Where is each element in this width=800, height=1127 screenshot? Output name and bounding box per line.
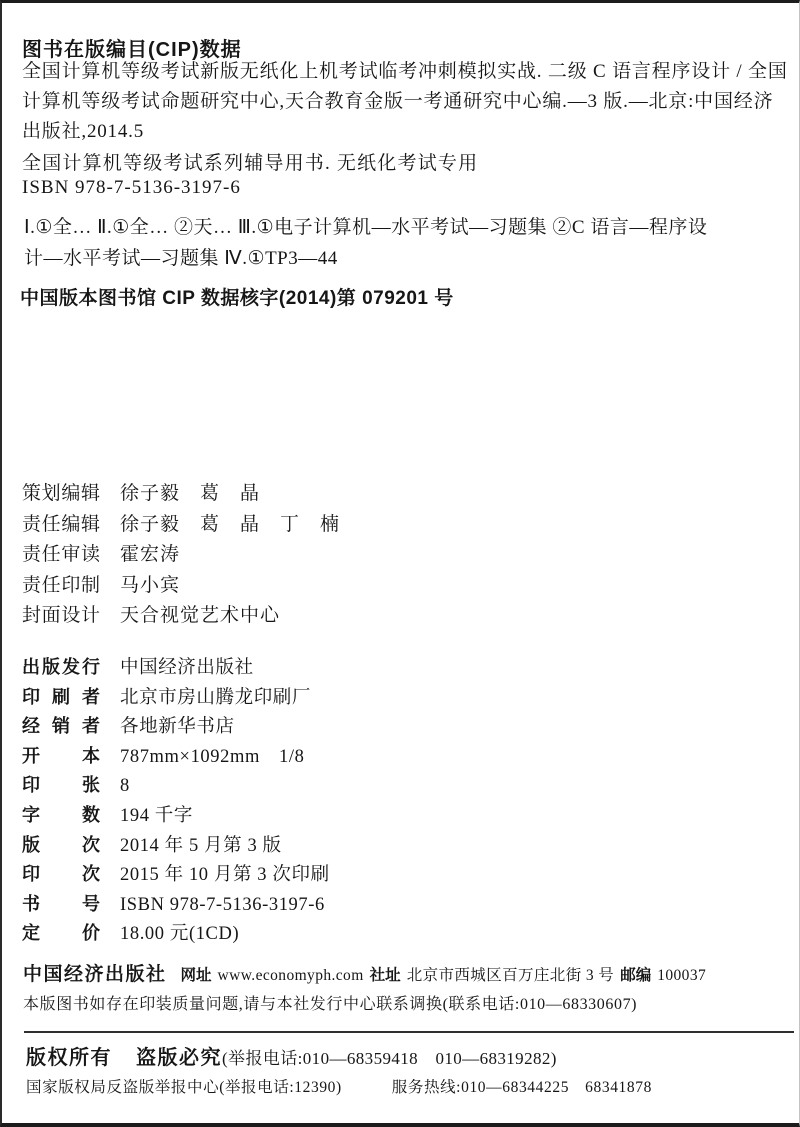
publication-row: 经销者各地新华书店 bbox=[22, 712, 330, 742]
publication-row: 字数194 千字 bbox=[22, 801, 330, 831]
report-phones-text: (举报电话:010—68359418 010—68319282) bbox=[222, 1049, 557, 1068]
publication-row-label: 定价 bbox=[22, 919, 100, 945]
editorial-row-value: 霍宏涛 bbox=[120, 544, 180, 565]
publication-row-label: 经销者 bbox=[22, 712, 100, 738]
editorial-row-value: 徐子毅 葛 晶 bbox=[120, 483, 260, 504]
report-center-text: 国家版权局反盗版举报中心(举报电话:12390) bbox=[26, 1079, 342, 1096]
publication-row-label: 书号 bbox=[22, 890, 100, 916]
postcode-value: 100037 bbox=[657, 967, 706, 984]
copyright-statement-line: 版权所有盗版必究(举报电话:010—68359418 010—68319282) bbox=[26, 1041, 557, 1070]
publication-row-value: 787mm×1092mm 1/8 bbox=[120, 747, 304, 767]
cip-description-line: 全国计算机等级考试新版无纸化上机考试临考冲刺模拟实战. 二级 C 语言程序设计 … bbox=[22, 57, 796, 87]
editorial-row-label: 责任编辑 bbox=[22, 510, 100, 541]
publisher-name: 中国经济出版社 bbox=[23, 964, 167, 985]
publication-row: 印张8 bbox=[22, 771, 330, 801]
publication-row: 定价18.00 元(1CD) bbox=[22, 919, 330, 949]
publication-row: 印刷者北京市房山腾龙印刷厂 bbox=[22, 683, 330, 713]
report-center-line: 国家版权局反盗版举报中心(举报电话:12390)服务热线:010—6834422… bbox=[26, 1075, 652, 1097]
editorial-row-value: 徐子毅 葛 晶 丁 楠 bbox=[120, 514, 340, 535]
publisher-footer-line: 中国经济出版社网址www.economyph.com社址北京市西城区百万庄北街 … bbox=[23, 959, 706, 986]
classification-line: 计—水平考试—习题集 Ⅳ.①TP3—44 bbox=[24, 243, 798, 274]
piracy-prosecuted-text: 盗版必究 bbox=[136, 1047, 222, 1069]
publication-row-label: 出版发行 bbox=[22, 653, 100, 679]
publication-row-value: 194 千字 bbox=[120, 806, 193, 826]
divider-rule bbox=[24, 1031, 794, 1033]
editorial-row-label: 策划编辑 bbox=[22, 479, 100, 510]
editorial-row-label: 责任印制 bbox=[22, 571, 100, 602]
quality-notice-line: 本版图书如存在印装质量问题,请与本社发行中心联系调换(联系电话:010—6833… bbox=[23, 991, 637, 1014]
cip-record-number: 中国版本图书馆 CIP 数据核字(2014)第 079201 号 bbox=[20, 283, 454, 310]
cip-classification: Ⅰ.①全… Ⅱ.①全… ②天… Ⅲ.①电子计算机—水平考试—习题集 ②C 语言—… bbox=[24, 212, 798, 274]
classification-line: Ⅰ.①全… Ⅱ.①全… ②天… Ⅲ.①电子计算机—水平考试—习题集 ②C 语言—… bbox=[24, 212, 798, 243]
publication-row-value: 各地新华书店 bbox=[120, 717, 235, 737]
publication-row-label: 印张 bbox=[22, 771, 100, 797]
publication-row: 开本787mm×1092mm 1/8 bbox=[22, 742, 330, 772]
editorial-row: 责任编辑徐子毅 葛 晶 丁 楠 bbox=[22, 510, 340, 541]
publisher-address: 北京市西城区百万庄北街 3 号 bbox=[407, 967, 615, 984]
rights-reserved-text: 版权所有 bbox=[26, 1047, 112, 1069]
publication-row-value: 2015 年 10 月第 3 次印刷 bbox=[120, 865, 330, 885]
publication-row-value: ISBN 978-7-5136-3197-6 bbox=[120, 895, 325, 915]
publication-row-value: 北京市房山腾龙印刷厂 bbox=[120, 688, 311, 708]
publication-row-value: 中国经济出版社 bbox=[120, 658, 254, 678]
website-url: www.economyph.com bbox=[218, 967, 364, 984]
service-hotline-text: 服务热线:010—68344225 68341878 bbox=[392, 1079, 652, 1096]
publication-row-label: 开本 bbox=[22, 742, 100, 768]
website-label: 网址 bbox=[181, 967, 212, 984]
publication-row: 出版发行中国经济出版社 bbox=[22, 653, 330, 683]
publication-info-block: 出版发行中国经济出版社 印刷者北京市房山腾龙印刷厂 经销者各地新华书店 开本78… bbox=[22, 653, 330, 949]
editorial-row-label: 责任审读 bbox=[22, 540, 100, 571]
postcode-label: 邮编 bbox=[620, 967, 651, 984]
book-copyright-page: 图书在版编目(CIP)数据 全国计算机等级考试新版无纸化上机考试临考冲刺模拟实战… bbox=[0, 0, 800, 1127]
cip-description-line: 计算机等级考试命题研究中心,天合教育金版一考通研究中心编.—3 版.—北京:中国… bbox=[22, 87, 796, 117]
publication-row-label: 印次 bbox=[22, 860, 100, 886]
address-label: 社址 bbox=[370, 967, 401, 984]
editorial-row: 责任审读霍宏涛 bbox=[22, 540, 340, 571]
publication-row: 印次2015 年 10 月第 3 次印刷 bbox=[22, 860, 330, 890]
publication-row-label: 字数 bbox=[22, 801, 100, 827]
editorial-row: 封面设计天合视觉艺术中心 bbox=[22, 601, 340, 632]
series-note-line: 全国计算机等级考试系列辅导用书. 无纸化考试专用 bbox=[22, 148, 478, 175]
editorial-row: 策划编辑徐子毅 葛 晶 bbox=[22, 479, 340, 510]
editorial-row-value: 马小宾 bbox=[120, 575, 180, 596]
publication-row-value: 18.00 元(1CD) bbox=[120, 924, 239, 944]
publication-row-label: 印刷者 bbox=[22, 683, 100, 709]
editorial-row: 责任印制马小宾 bbox=[22, 571, 340, 602]
cip-description-line: 出版社,2014.5 bbox=[22, 117, 796, 147]
editorial-row-label: 封面设计 bbox=[22, 601, 100, 632]
isbn-line: ISBN 978-7-5136-3197-6 bbox=[22, 177, 241, 199]
publication-row-value: 2014 年 5 月第 3 版 bbox=[120, 836, 282, 856]
editorial-staff-block: 策划编辑徐子毅 葛 晶 责任编辑徐子毅 葛 晶 丁 楠 责任审读霍宏涛 责任印制… bbox=[22, 479, 340, 632]
publication-row: 版次2014 年 5 月第 3 版 bbox=[22, 831, 330, 861]
publication-row-label: 版次 bbox=[22, 831, 100, 857]
editorial-row-value: 天合视觉艺术中心 bbox=[120, 605, 280, 626]
publication-row-value: 8 bbox=[120, 776, 130, 796]
cip-description: 全国计算机等级考试新版无纸化上机考试临考冲刺模拟实战. 二级 C 语言程序设计 … bbox=[22, 57, 796, 147]
publication-row: 书号ISBN 978-7-5136-3197-6 bbox=[22, 890, 330, 920]
